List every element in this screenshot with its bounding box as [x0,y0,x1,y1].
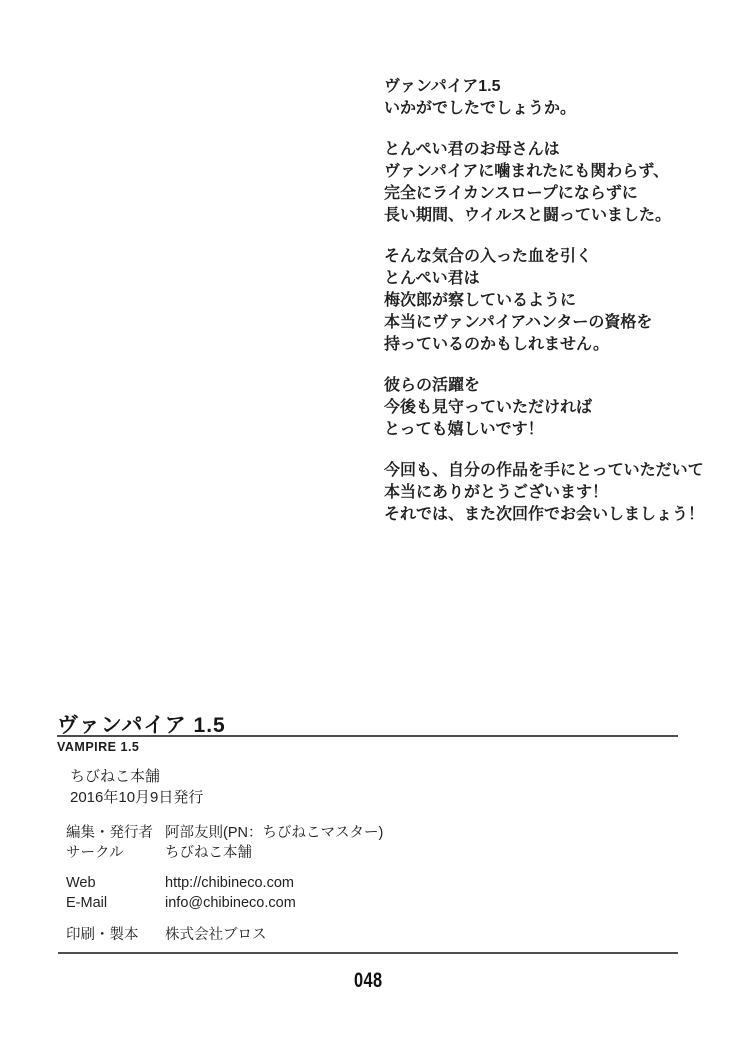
colophon-title-rule [57,735,678,737]
row-label: 印刷・製本 [66,925,165,945]
afterword-line: 本当にありがとうございます！ [384,482,714,504]
afterword-paragraph: 今回も、自分の作品を手にとっていただいて 本当にありがとうございます！ それでは… [384,460,714,526]
afterword-line: ヴァンパイアに噛まれたにも関わらず、 [384,161,714,183]
colophon-rows: 編集・発行者 阿部友則(PN：ちびねこマスター) サークル ちびねこ本舗 Web… [66,823,383,945]
publisher-block: ちびねこ本舗 2016年10月9日発行 [70,766,203,808]
afterword-line: いかがでしたでしょうか。 [384,98,714,120]
row-value-url: http://chibineco.com [165,873,294,893]
row-label: サークル [66,843,165,863]
row-value-email: info@chibineco.com [165,893,296,913]
colophon-bottom-rule [58,952,678,954]
page-number-digits: 048 [354,969,383,993]
row-label: Web [66,873,165,893]
afterword-line: そんな気合の入った血を引く [384,246,714,268]
afterword-line: 長い期間、ウイルスと闘っていました。 [384,205,714,227]
afterword-line: それでは、また次回作でお会いしましょう！ [384,504,714,526]
afterword-line: とんぺい君のお母さんは [384,139,714,161]
row-label: E-Mail [66,893,165,913]
afterword-paragraph: とんぺい君のお母さんは ヴァンパイアに噛まれたにも関わらず、 完全にライカンスロ… [384,139,714,227]
colophon-row-circle: サークル ちびねこ本舗 [66,843,383,863]
colophon-row-editor: 編集・発行者 阿部友則(PN：ちびねこマスター) [66,823,383,843]
afterword-line: 本当にヴァンパイアハンターの資格を [384,312,714,334]
afterword-line: ヴァンパイア1.5 [384,76,714,98]
row-value: 株式会社ブロス [165,925,267,945]
afterword-line: 彼らの活躍を [384,375,714,397]
afterword-text-block: ヴァンパイア1.5 いかがでしたでしょうか。 とんぺい君のお母さんは ヴァンパイ… [384,76,714,545]
circle-name: ちびねこ本舗 [70,766,203,787]
afterword-line: 今回も、自分の作品を手にとっていただいて [384,460,714,482]
colophon-row-printer: 印刷・製本 株式会社ブロス [66,925,383,945]
afterword-paragraph: 彼らの活躍を 今後も見守っていただければ とっても嬉しいです！ [384,375,714,441]
colophon-row-email: E-Mail info@chibineco.com [66,893,383,913]
afterword-line: とんぺい君は [384,268,714,290]
afterword-line: とっても嬉しいです！ [384,419,714,441]
page-number: 048 [0,969,736,993]
afterword-line: 今後も見守っていただければ [384,397,714,419]
row-value: 阿部友則(PN：ちびねこマスター) [165,823,383,843]
afterword-paragraph: ヴァンパイア1.5 いかがでしたでしょうか。 [384,76,714,120]
row-label: 編集・発行者 [66,823,165,843]
colophon-title-en: VAMPIRE 1.5 [57,740,139,754]
afterword-page: ヴァンパイア1.5 いかがでしたでしょうか。 とんぺい君のお母さんは ヴァンパイ… [0,0,736,1045]
publish-date: 2016年10月9日発行 [70,787,203,808]
row-value: ちびねこ本舗 [165,843,252,863]
afterword-line: 梅次郎が察しているように [384,290,714,312]
afterword-line: 完全にライカンスロープにならずに [384,183,714,205]
afterword-paragraph: そんな気合の入った血を引く とんぺい君は 梅次郎が察しているように 本当にヴァン… [384,246,714,356]
colophon-row-web: Web http://chibineco.com [66,873,383,893]
afterword-line: 持っているのかもしれません。 [384,334,714,356]
